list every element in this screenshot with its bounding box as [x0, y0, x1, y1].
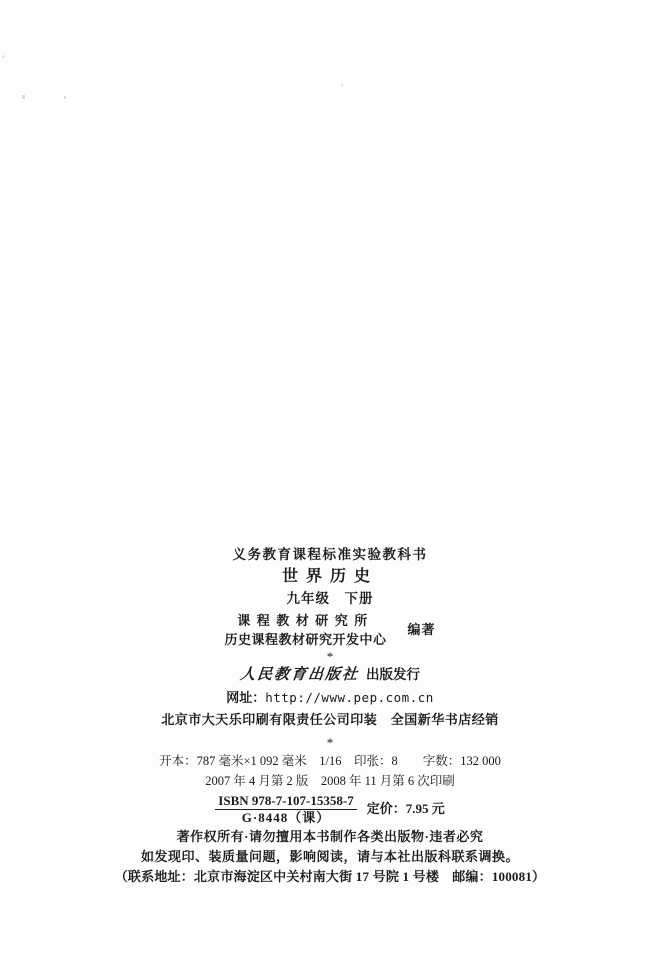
author-institute-1: 课程教材研究所	[224, 611, 386, 630]
isbn-number: ISBN 978-7-107-15358-7	[215, 794, 356, 810]
separator-star: *	[0, 736, 650, 750]
author-institute-2: 历史课程教材研究开发中心	[224, 630, 386, 649]
publisher-line: 人民教育出版社出版发行	[0, 667, 650, 684]
price: 定价：7.95 元	[367, 802, 445, 816]
colophon-page: + 义务教育课程标准实验教科书 世界历史 九年级 下册 课程教材研究所 历史课程…	[0, 0, 650, 962]
series-title: 义务教育课程标准实验教科书	[0, 548, 650, 563]
authors-block: 课程教材研究所 历史课程教材研究开发中心 编著	[0, 611, 650, 649]
scan-artifact	[341, 84, 343, 86]
author-role: 编著	[408, 623, 436, 637]
contact-address: （联系地址：北京市海淀区中关村南大街 17 号院 1 号楼 邮编：100081）	[0, 870, 650, 884]
printer-line: 北京市大天乐印刷有限责任公司印装 全国新华书店经销	[0, 713, 650, 727]
website-label: 网址：	[226, 690, 265, 705]
isbn-book-code: G·8448（课）	[242, 810, 330, 825]
format-line: 开本：787 毫米×1 092 毫米 1/16 印张：8 字数：132 000	[0, 755, 650, 769]
book-title: 世界历史	[0, 568, 650, 586]
edition-line: 2007 年 4 月第 2 版 2008 年 11 月第 6 次印刷	[0, 775, 650, 789]
scan-artifact: +	[1, 53, 6, 62]
website-line: 网址：http://www.pep.com.cn	[0, 691, 650, 705]
copyright-notice: 著作权所有·请勿擅用本书制作各类出版物·违者必究	[0, 830, 650, 844]
quality-notice: 如发现印、装质量问题，影响阅读，请与本社出版科联系调换。	[0, 850, 650, 864]
scan-artifact	[64, 96, 66, 99]
scan-artifact	[22, 95, 25, 99]
separator-star: *	[0, 650, 650, 664]
publisher-action: 出版发行	[366, 667, 420, 682]
publisher-logo: 人民教育出版社	[239, 667, 360, 684]
isbn-block: ISBN 978-7-107-15358-7 G·8448（课） 定价：7.95…	[0, 792, 650, 825]
grade-volume: 九年级 下册	[0, 592, 650, 607]
website-url: http://www.pep.com.cn	[265, 690, 434, 705]
